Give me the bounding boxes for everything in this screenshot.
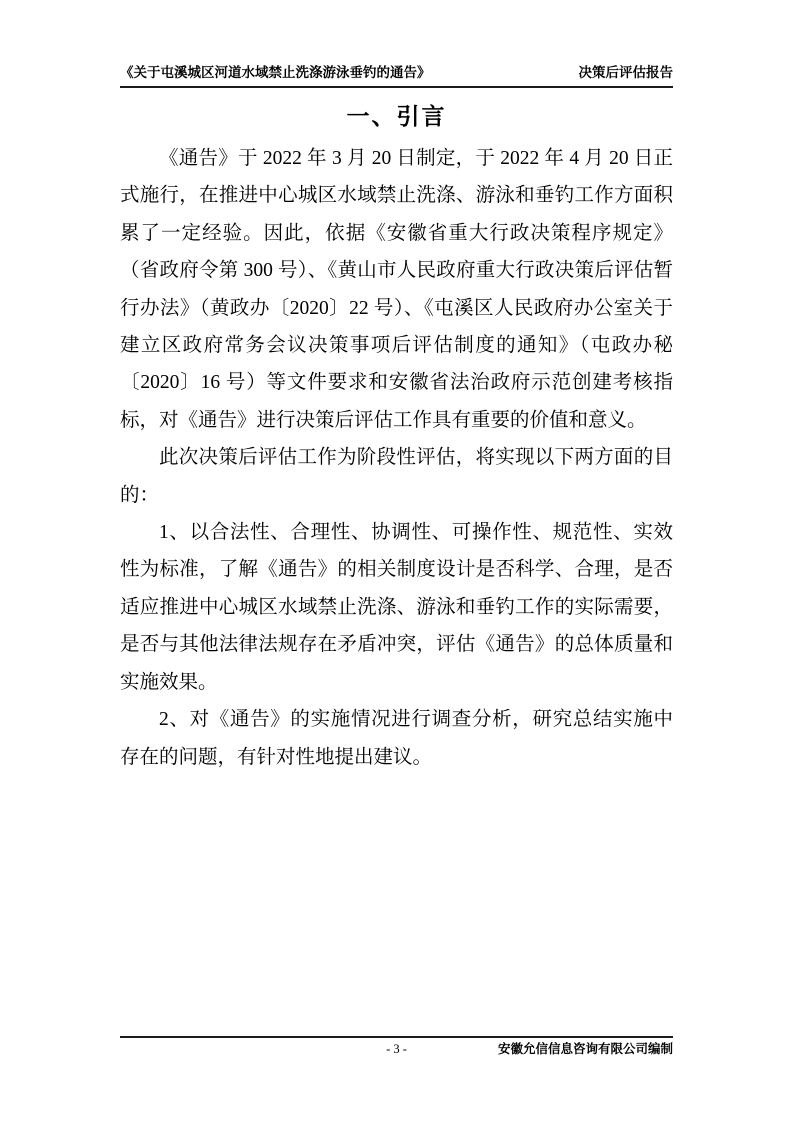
page-number: - 3 - [386, 1041, 407, 1057]
header-report-type: 决策后评估报告 [579, 64, 674, 82]
page-footer: - 3 - 安徽允信信息咨询有限公司编制 [120, 1036, 673, 1057]
section-title: 一、引言 [120, 101, 673, 131]
page-header: 《关于屯溪城区河道水域禁止洗涤游泳垂钓的通告》 决策后评估报告 [120, 64, 673, 88]
footer-credit: 安徽允信信息咨询有限公司编制 [498, 1042, 673, 1056]
body-paragraph-3: 1、以合法性、合理性、协调性、可操作性、规范性、实效性为标准，了解《通告》的相关… [120, 514, 673, 701]
document-page: 《关于屯溪城区河道水域禁止洗涤游泳垂钓的通告》 决策后评估报告 一、引言 《通告… [0, 0, 793, 1122]
document-body: 《通告》于 2022 年 3 月 20 日制定，于 2022 年 4 月 20 … [120, 140, 673, 776]
header-document-title: 《关于屯溪城区河道水域禁止洗涤游泳垂钓的通告》 [120, 64, 431, 82]
body-paragraph-2: 此次决策后评估工作为阶段性评估，将实现以下两方面的目的： [120, 439, 673, 514]
body-paragraph-1: 《通告》于 2022 年 3 月 20 日制定，于 2022 年 4 月 20 … [120, 140, 673, 439]
body-paragraph-4: 2、对《通告》的实施情况进行调查分析，研究总结实施中存在的问题，有针对性地提出建… [120, 701, 673, 776]
